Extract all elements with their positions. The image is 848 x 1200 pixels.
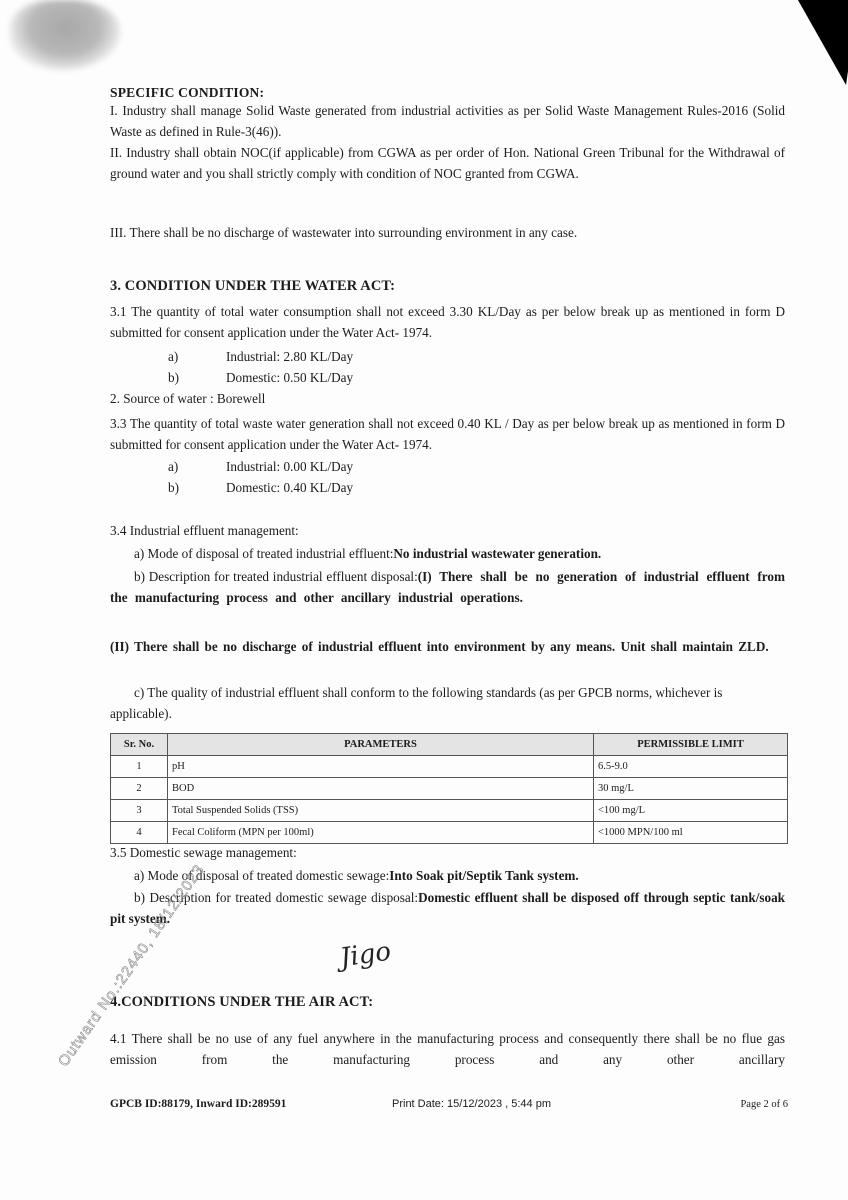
water-act-heading: 3. CONDITION UNDER THE WATER ACT:	[110, 276, 785, 297]
footer-page-number: Page 2 of 6	[740, 1094, 788, 1115]
breakup-item: b)Domestic: 0.50 KL/Day	[110, 367, 785, 388]
table-row: 4 Fecal Coliform (MPN per 100ml) <1000 M…	[111, 822, 788, 844]
table-row: 1 pH 6.5-9.0	[111, 756, 788, 778]
condition-3-3: 3.3 The quantity of total waste water ge…	[110, 413, 785, 455]
effluent-standards-table: Sr. No. PARAMETERS PERMISSIBLE LIMIT 1 p…	[110, 733, 788, 844]
breakup-item: a)Industrial: 0.00 KL/Day	[110, 456, 785, 477]
col-header-sr-no: Sr. No.	[111, 734, 168, 756]
condition-3-5-b: b) Description for treated domestic sewa…	[110, 887, 785, 929]
water-source: 2. Source of water : Borewell	[110, 388, 785, 409]
scan-smudge	[10, 0, 120, 70]
condition-3-5-heading: 3.5 Domestic sewage management:	[110, 842, 785, 863]
specific-condition-item-2: II. Industry shall obtain NOC(if applica…	[110, 142, 785, 184]
footer-print-date: Print Date: 15/12/2023 , 5:44 pm	[392, 1094, 551, 1115]
table-header-row: Sr. No. PARAMETERS PERMISSIBLE LIMIT	[111, 734, 788, 756]
specific-condition-item-1: I. Industry shall manage Solid Waste gen…	[110, 100, 785, 142]
condition-3-4-a: a) Mode of disposal of treated industria…	[110, 543, 809, 564]
condition-3-3-breakup: a)Industrial: 0.00 KL/Day b)Domestic: 0.…	[110, 456, 785, 498]
condition-3-4-b-ii: (II) There shall be no discharge of indu…	[110, 636, 785, 657]
col-header-parameters: PARAMETERS	[168, 734, 594, 756]
breakup-item: b)Domestic: 0.40 KL/Day	[110, 477, 785, 498]
condition-3-1-breakup: a)Industrial: 2.80 KL/Day b)Domestic: 0.…	[110, 346, 785, 388]
folded-corner	[786, 0, 848, 85]
footer-ids: GPCB ID:88179, Inward ID:289591	[110, 1094, 286, 1115]
condition-4-1: 4.1 There shall be no use of any fuel an…	[110, 1028, 785, 1070]
signature: Jigo	[338, 937, 393, 974]
specific-condition-item-3: III. There shall be no discharge of wast…	[110, 222, 785, 243]
breakup-item: a)Industrial: 2.80 KL/Day	[110, 346, 785, 367]
col-header-permissible-limit: PERMISSIBLE LIMIT	[594, 734, 788, 756]
condition-3-4-heading: 3.4 Industrial effluent management:	[110, 520, 785, 541]
table-row: 2 BOD 30 mg/L	[111, 778, 788, 800]
air-act-heading: 4.CONDITIONS UNDER THE AIR ACT:	[110, 992, 785, 1013]
condition-3-4-b: b) Description for treated industrial ef…	[110, 566, 785, 608]
condition-3-5-a: a) Mode of disposal of treated domestic …	[110, 865, 809, 886]
condition-3-4-c: c) The quality of industrial effluent sh…	[110, 682, 785, 724]
table-row: 3 Total Suspended Solids (TSS) <100 mg/L	[111, 800, 788, 822]
condition-3-1: 3.1 The quantity of total water consumpt…	[110, 301, 785, 343]
